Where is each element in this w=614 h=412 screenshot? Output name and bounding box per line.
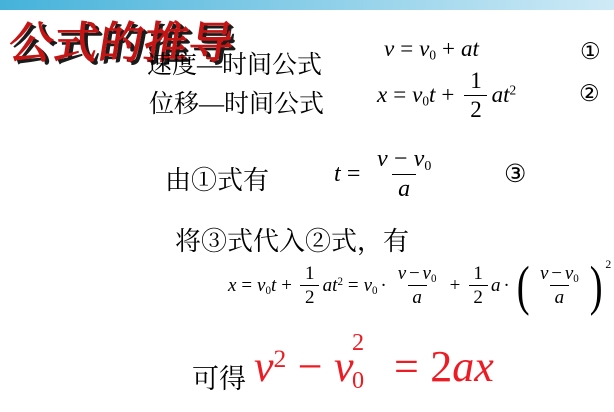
math-fraction-v-minus-v0-over-a: v−v0 a: [393, 263, 441, 308]
math-var-x: x: [377, 82, 387, 108]
math-var-v: v: [254, 342, 274, 391]
math-var-t: t: [271, 275, 276, 296]
math-v0-squared: v20: [334, 341, 354, 392]
math-op-equals: =: [393, 82, 406, 108]
math-var-a: a: [491, 275, 501, 297]
equation-2-number: ②: [579, 81, 600, 107]
math-v0t: v0t: [257, 275, 276, 297]
velocity-time-label: 速度—时间公式: [147, 45, 322, 81]
equation-5-result: v2 − v20 = 2 ax: [254, 341, 494, 392]
math-op-equals: =: [400, 36, 413, 62]
math-var-v: v: [423, 263, 431, 284]
math-var-v: v: [414, 146, 425, 172]
math-op-equals: =: [347, 161, 361, 188]
math-op-equals: =: [394, 341, 419, 392]
math-parenthesized-squared: ( v−v0 a ) 2: [514, 263, 612, 308]
substitute-label: 将③式代入②式，有: [175, 221, 409, 258]
math-sup-two: 2: [509, 83, 516, 98]
math-op-minus: −: [409, 263, 420, 284]
math-var-v: v: [364, 275, 372, 296]
math-numerator: 1: [469, 263, 488, 285]
math-var-x: x: [228, 275, 236, 297]
math-var-v: v: [377, 146, 388, 172]
math-v0: v0: [419, 36, 436, 62]
math-at-squared: at2: [323, 275, 343, 297]
math-denominator: a: [550, 285, 569, 308]
math-denominator: 2: [469, 285, 488, 308]
equation-1-velocity-time: v = v0 + at: [384, 36, 479, 62]
from-eq1-label: 由①式有: [165, 160, 269, 197]
math-sup-two: 2: [605, 258, 611, 272]
equation-4-derivation: x = v0t + 1 2 at2 = v0 · v−v0 a + 1 2 a …: [228, 263, 611, 308]
math-op-plus: +: [441, 82, 454, 108]
math-var-a: a: [398, 176, 410, 202]
math-var-a: a: [412, 287, 422, 308]
math-sup-two: 2: [337, 276, 343, 288]
math-op-dot: ·: [380, 275, 386, 297]
equation-2-displacement-time: x = v0t + 1 2 at2: [377, 68, 516, 123]
math-numerator: 1: [464, 68, 487, 95]
equation-1-number: ①: [580, 39, 601, 65]
math-var-v: v: [412, 82, 422, 107]
math-var-v: v: [398, 263, 406, 284]
math-var-t: t: [334, 161, 341, 188]
math-sub-zero: 0: [352, 369, 364, 393]
math-fraction-v-minus-v0-over-a: v−v0 a: [371, 146, 437, 203]
math-var-at: at: [492, 82, 510, 107]
math-op-plus: +: [450, 275, 461, 297]
math-sub-zero: 0: [573, 273, 579, 285]
math-op-minus: −: [394, 146, 408, 172]
math-op-plus: +: [442, 36, 455, 62]
equation-3-time: t = v−v0 a: [334, 146, 442, 203]
math-var-at: at: [461, 36, 479, 62]
math-denominator: a: [408, 285, 427, 308]
math-numerator: v−v0: [371, 146, 437, 174]
math-fraction-one-half: 1 2: [464, 68, 487, 123]
math-fraction-v-minus-v0-over-a: v−v0 a: [535, 263, 583, 308]
math-var-a: a: [555, 287, 565, 308]
math-fraction-one-half: 1 2: [300, 263, 319, 308]
slide-canvas: 公式的推导 速度—时间公式 v = v0 + at ① 位移—时间公式 x = …: [0, 0, 614, 412]
math-sub-zero: 0: [431, 273, 437, 285]
math-op-minus: −: [298, 341, 323, 392]
math-var-ax: ax: [452, 341, 494, 392]
math-op-plus: +: [281, 275, 292, 297]
math-v0t: v0t: [412, 82, 435, 108]
math-numerator: v−v0: [535, 263, 583, 285]
math-at-squared: at2: [492, 82, 517, 108]
math-op-minus: −: [551, 263, 562, 284]
math-v0: v0: [364, 275, 378, 297]
math-var-t: t: [429, 82, 435, 107]
math-var-v: v: [540, 263, 548, 284]
math-op-equals: =: [241, 275, 252, 297]
math-op-dot: ·: [503, 275, 509, 297]
equation-3-number: ③: [504, 159, 526, 189]
math-numerator: 1: [300, 263, 319, 285]
math-sup-two: 2: [274, 344, 287, 373]
displacement-time-label: 位移—时间公式: [149, 84, 324, 120]
conclude-label: 可得: [192, 357, 246, 396]
math-var-v: v: [419, 36, 429, 61]
math-var-at: at: [323, 275, 338, 296]
math-sub-zero: 0: [372, 285, 378, 297]
math-var-v: v: [334, 342, 354, 391]
math-denominator: a: [392, 174, 416, 203]
math-numerator: v−v0: [393, 263, 441, 285]
math-sub-zero: 0: [424, 159, 431, 174]
math-var-v: v: [384, 36, 394, 62]
math-sub-zero: 0: [429, 48, 436, 63]
math-sup-two: 2: [352, 331, 364, 355]
math-op-equals: =: [348, 275, 359, 297]
math-denominator: 2: [300, 285, 319, 308]
math-v-squared: v2: [254, 341, 286, 392]
math-fraction-one-half: 1 2: [469, 263, 488, 308]
math-denominator: 2: [464, 95, 487, 123]
math-coefficient-two: 2: [430, 341, 452, 392]
